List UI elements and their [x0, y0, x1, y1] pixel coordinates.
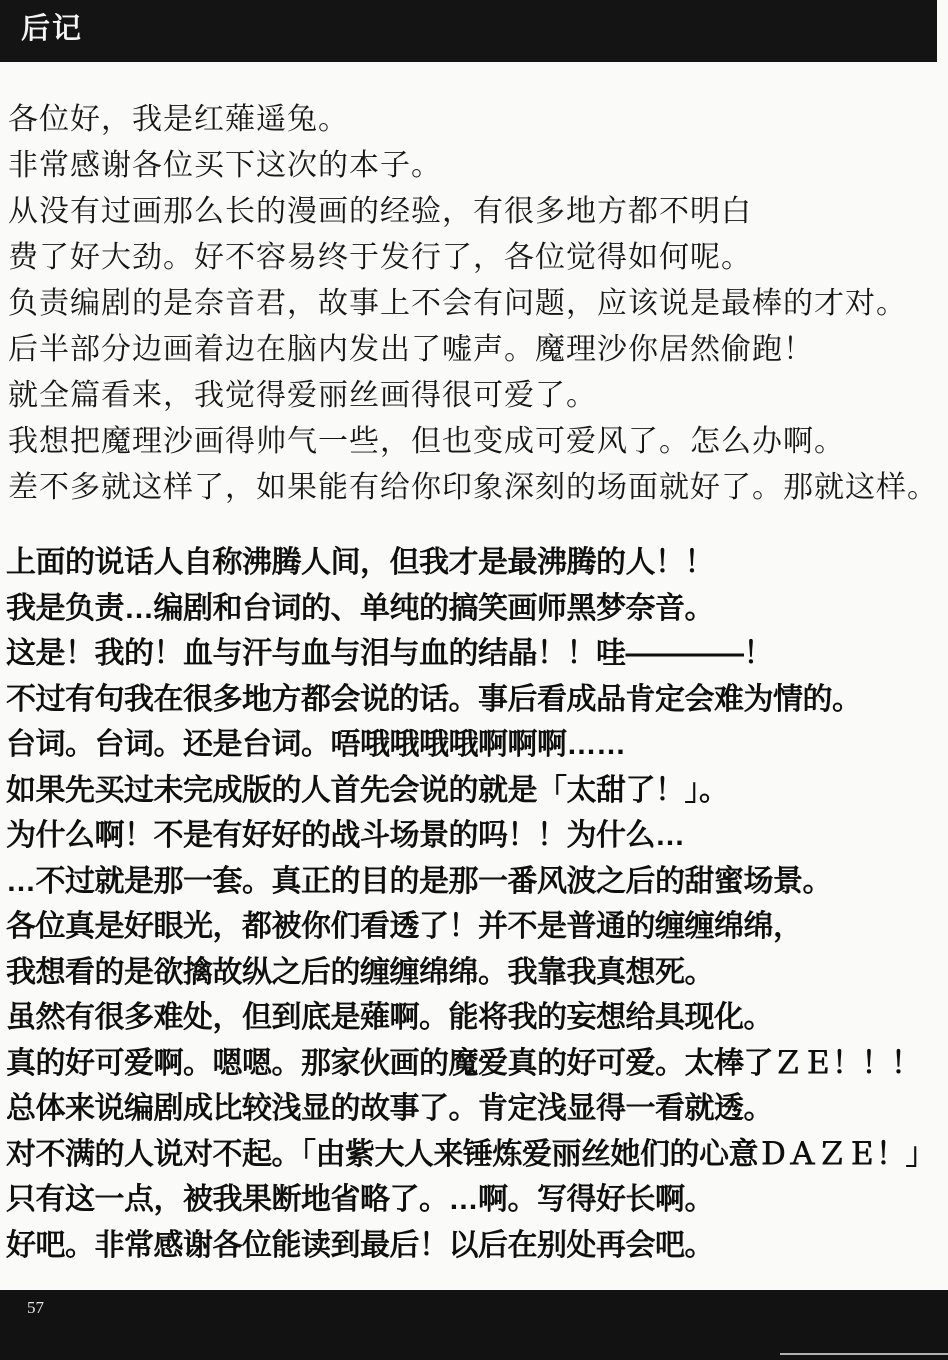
afterword-text-line: 上面的说话人自称沸腾人间，但我才是最沸腾的人！！ [6, 540, 935, 586]
afterword-text-line: 真的好可爱啊。嗯嗯。那家伙画的魔爱真的好可爱。太棒了ＺＥ！！！ [6, 1041, 935, 1087]
page-title: 后记 [21, 15, 83, 44]
afterword-text-line: 非常感谢各位买下这次的本子。 [8, 143, 938, 189]
afterword-text-line: 不过有句我在很多地方都会说的话。事后看成品肯定会难为情的。 [6, 677, 935, 723]
afterword-text-line: 从没有过画那么长的漫画的经验，有很多地方都不明白 [8, 189, 938, 235]
scan-artifact-line [780, 1353, 948, 1355]
afterword-text-line: 对不满的人说对不起。「由紫大人来锤炼爱丽丝她们的心意ＤＡＺＥ！」 [6, 1132, 935, 1178]
afterword-text-line: 虽然有很多难处，但到底是薙啊。能将我的妄想给具现化。 [6, 995, 935, 1041]
afterword-text-line: 我想看的是欲擒故纵之后的缠缠绵绵。我靠我真想死。 [6, 950, 935, 996]
afterword-text-line: 台词。台词。还是台词。唔哦哦哦哦啊啊啊…… [6, 722, 935, 768]
afterword-text-line: 好吧。非常感谢各位能读到最后！以后在别处再会吧。 [6, 1223, 935, 1269]
afterword-text-line: 后半部分边画着边在脑内发出了嘘声。魔理沙你居然偷跑！ [8, 327, 938, 373]
afterword-text-line: 我想把魔理沙画得帅气一些，但也变成可爱风了。怎么办啊。 [8, 419, 938, 465]
afterword-artist-section: 各位好，我是红薙遥兔。非常感谢各位买下这次的本子。从没有过画那么长的漫画的经验，… [8, 97, 938, 511]
afterword-text-line: 就全篇看来，我觉得爱丽丝画得很可爱了。 [8, 373, 938, 419]
afterword-text-line: 只有这一点，被我果断地省略了。…啊。写得好长啊。 [6, 1177, 935, 1223]
page-footer-bar: 57 [0, 1290, 948, 1360]
afterword-writer-section: 上面的说话人自称沸腾人间，但我才是最沸腾的人！！我是负责…编剧和台词的、单纯的搞… [6, 540, 935, 1268]
afterword-text-line: 为什么啊！不是有好好的战斗场景的吗！！为什么… [6, 813, 935, 859]
afterword-text-line: 总体来说编剧成比较浅显的故事了。肯定浅显得一看就透。 [6, 1086, 935, 1132]
afterword-text-line: 这是！我的！血与汗与血与泪与血的结晶！！哇————！ [6, 631, 935, 677]
afterword-text-line: 费了好大劲。好不容易终于发行了，各位觉得如何呢。 [8, 235, 938, 281]
afterword-text-line: 负责编剧的是奈音君，故事上不会有问题，应该说是最棒的才对。 [8, 281, 938, 327]
afterword-text-line: 各位真是好眼光，都被你们看透了！并不是普通的缠缠绵绵， [6, 904, 935, 950]
page-header-bar: 后记 [0, 0, 937, 62]
page-number: 57 [27, 1299, 44, 1316]
afterword-text-line: …不过就是那一套。真正的目的是那一番风波之后的甜蜜场景。 [6, 859, 935, 905]
afterword-text-line: 差不多就这样了，如果能有给你印象深刻的场面就好了。那就这样。 [8, 465, 938, 511]
afterword-text-line: 我是负责…编剧和台词的、单纯的搞笑画师黑梦奈音。 [6, 586, 935, 632]
afterword-text-line: 各位好，我是红薙遥兔。 [8, 97, 938, 143]
afterword-text-line: 如果先买过未完成版的人首先会说的就是「太甜了！」。 [6, 768, 935, 814]
